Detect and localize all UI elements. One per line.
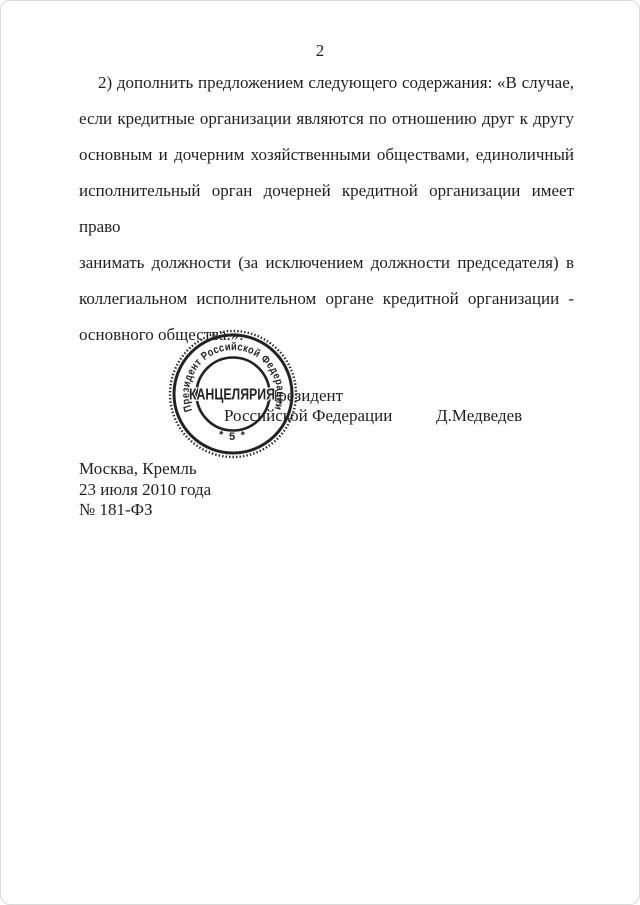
stamp-bottom-text: * 5 * — [217, 429, 249, 443]
paragraph-line: 2) дополнить предложением следующего сод… — [79, 65, 574, 101]
footer-number: № 181-ФЗ — [79, 500, 211, 521]
paragraph-line: коллегиальном исполнительном органе кред… — [79, 281, 574, 317]
footer-date: 23 июля 2010 года — [79, 480, 211, 501]
signature-name: Д.Медведев — [436, 406, 522, 426]
paragraph-line: исполнительный орган дочерней кредитной … — [79, 173, 574, 245]
stamp-center-text: КАНЦЕЛЯРИЯ — [189, 387, 275, 404]
document-page: 2 2) дополнить предложением следующего с… — [0, 0, 640, 905]
page-number: 2 — [1, 41, 639, 61]
paragraph-line: основным и дочерним хозяйственными общес… — [79, 137, 574, 173]
official-stamp-icon: Президент Российской Федерации * 5 * КАН… — [153, 314, 313, 474]
paragraph-line: если кредитные организации являются по о… — [79, 101, 574, 137]
body-paragraph: 2) дополнить предложением следующего сод… — [79, 65, 574, 353]
paragraph-line: занимать должности (за исключением должн… — [79, 245, 574, 281]
